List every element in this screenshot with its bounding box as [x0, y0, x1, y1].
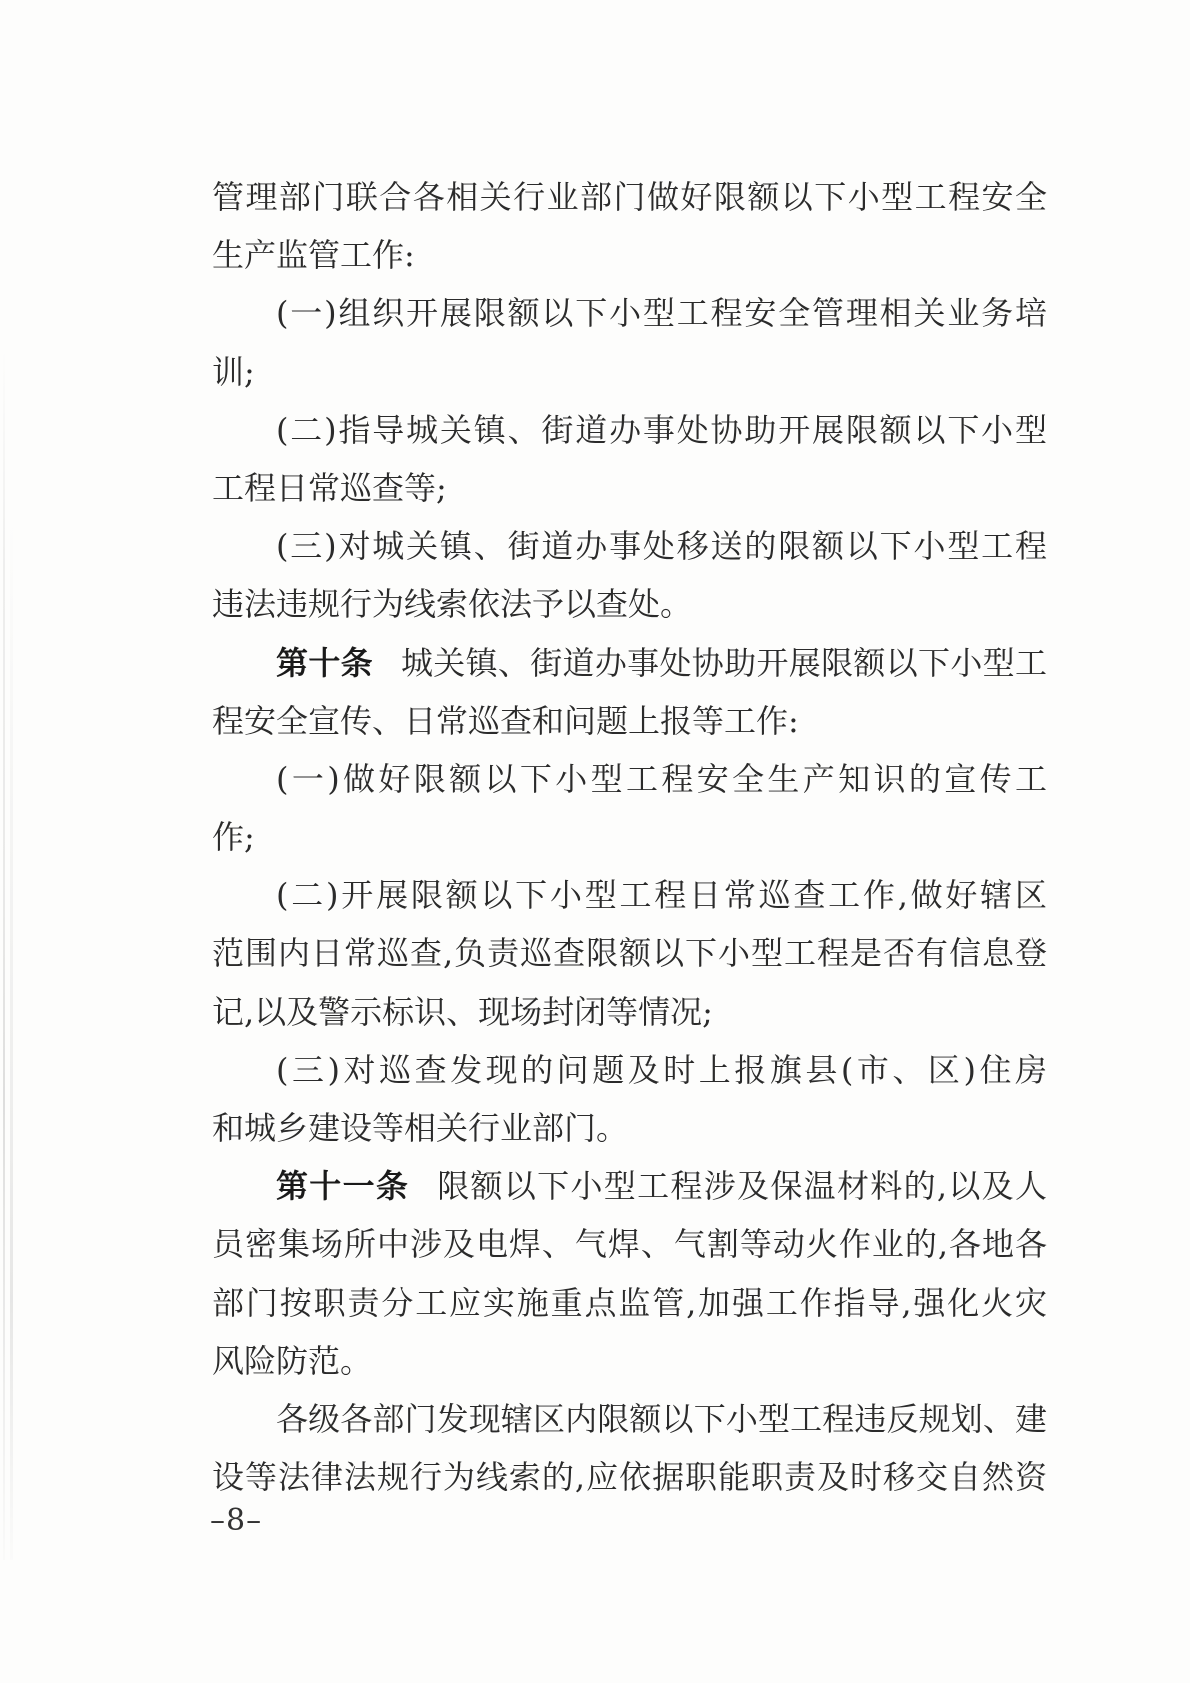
- text-line: (三)对巡查发现的问题及时上报旗县(市、区)住房: [212, 1041, 1047, 1099]
- text-segment: 生产监管工作:: [212, 236, 415, 274]
- text-line: 各级各部门发现辖区内限额以下小型工程违反规划、建: [212, 1390, 1047, 1448]
- text-line: 工程日常巡查等;: [212, 459, 1047, 517]
- text-segment: (三)对巡查发现的问题及时上报旗县(市、区)住房: [276, 1051, 1047, 1089]
- text-segment: 训;: [212, 353, 255, 391]
- text-line: 违法违规行为线索依法予以查处。: [212, 575, 1047, 633]
- text-segment: (二)指导城关镇、街道办事处协助开展限额以下小型: [276, 411, 1047, 449]
- scan-edge-artifact: [3, 350, 5, 1560]
- scanned-document-page: 管理部门联合各相关行业部门做好限额以下小型工程安全生产监管工作:(一)组织开展限…: [0, 0, 1190, 1683]
- scan-edge-artifact-secondary: [10, 520, 13, 1560]
- text-line: (三)对城关镇、街道办事处移送的限额以下小型工程: [212, 517, 1047, 575]
- text-segment: 记,以及警示标识、现场封闭等情况;: [212, 993, 713, 1031]
- text-line: 范围内日常巡查,负责巡查限额以下小型工程是否有信息登: [212, 924, 1047, 982]
- text-segment: 限额以下小型工程涉及保温材料的,以及人: [437, 1167, 1047, 1205]
- text-line: (一)做好限额以下小型工程安全生产知识的宣传工: [212, 750, 1047, 808]
- text-line: 生产监管工作:: [212, 226, 1047, 284]
- document-body: 管理部门联合各相关行业部门做好限额以下小型工程安全生产监管工作:(一)组织开展限…: [212, 168, 1047, 1506]
- text-line: 部门按职责分工应实施重点监管,加强工作指导,强化火灾: [212, 1274, 1047, 1332]
- text-line: 管理部门联合各相关行业部门做好限额以下小型工程安全: [212, 168, 1047, 226]
- text-line: 员密集场所中涉及电焊、气焊、气割等动火作业的,各地各: [212, 1215, 1047, 1273]
- text-line: 记,以及警示标识、现场封闭等情况;: [212, 983, 1047, 1041]
- page-number: –8–: [210, 1502, 262, 1540]
- text-segment: 和城乡建设等相关行业部门。: [212, 1109, 628, 1147]
- text-segment: 部门按职责分工应实施重点监管,加强工作指导,强化火灾: [212, 1284, 1047, 1322]
- text-line: 第十条城关镇、街道办事处协助开展限额以下小型工: [212, 634, 1047, 692]
- text-segment: (三)对城关镇、街道办事处移送的限额以下小型工程: [276, 527, 1047, 565]
- text-segment: 程安全宣传、日常巡查和问题上报等工作:: [212, 702, 799, 740]
- article-number: 第十一条: [276, 1167, 409, 1205]
- text-segment: 工程日常巡查等;: [212, 469, 447, 507]
- text-segment: (一)做好限额以下小型工程安全生产知识的宣传工: [276, 760, 1047, 798]
- text-line: 第十一条限额以下小型工程涉及保温材料的,以及人: [212, 1157, 1047, 1215]
- text-line: 和城乡建设等相关行业部门。: [212, 1099, 1047, 1157]
- text-line: 设等法律法规行为线索的,应依据职能职责及时移交自然资: [212, 1448, 1047, 1506]
- text-segment: 风险防范。: [212, 1342, 372, 1380]
- text-segment: 员密集场所中涉及电焊、气焊、气割等动火作业的,各地各: [212, 1225, 1047, 1263]
- text-segment: (二)开展限额以下小型工程日常巡查工作,做好辖区: [276, 876, 1047, 914]
- text-segment: 范围内日常巡查,负责巡查限额以下小型工程是否有信息登: [212, 934, 1047, 972]
- text-segment: 各级各部门发现辖区内限额以下小型工程违反规划、建: [276, 1400, 1047, 1438]
- text-segment: 作;: [212, 818, 255, 856]
- text-line: (二)指导城关镇、街道办事处协助开展限额以下小型: [212, 401, 1047, 459]
- article-number: 第十条: [276, 644, 373, 682]
- text-line: 风险防范。: [212, 1332, 1047, 1390]
- text-line: (二)开展限额以下小型工程日常巡查工作,做好辖区: [212, 866, 1047, 924]
- text-line: 训;: [212, 343, 1047, 401]
- text-segment: 违法违规行为线索依法予以查处。: [212, 585, 692, 623]
- text-segment: 设等法律法规行为线索的,应依据职能职责及时移交自然资: [212, 1458, 1047, 1496]
- text-line: 作;: [212, 808, 1047, 866]
- text-segment: (一)组织开展限额以下小型工程安全管理相关业务培: [276, 294, 1047, 332]
- text-line: 程安全宣传、日常巡查和问题上报等工作:: [212, 692, 1047, 750]
- text-segment: 管理部门联合各相关行业部门做好限额以下小型工程安全: [212, 178, 1047, 216]
- text-line: (一)组织开展限额以下小型工程安全管理相关业务培: [212, 284, 1047, 342]
- text-segment: 城关镇、街道办事处协助开展限额以下小型工: [401, 644, 1047, 682]
